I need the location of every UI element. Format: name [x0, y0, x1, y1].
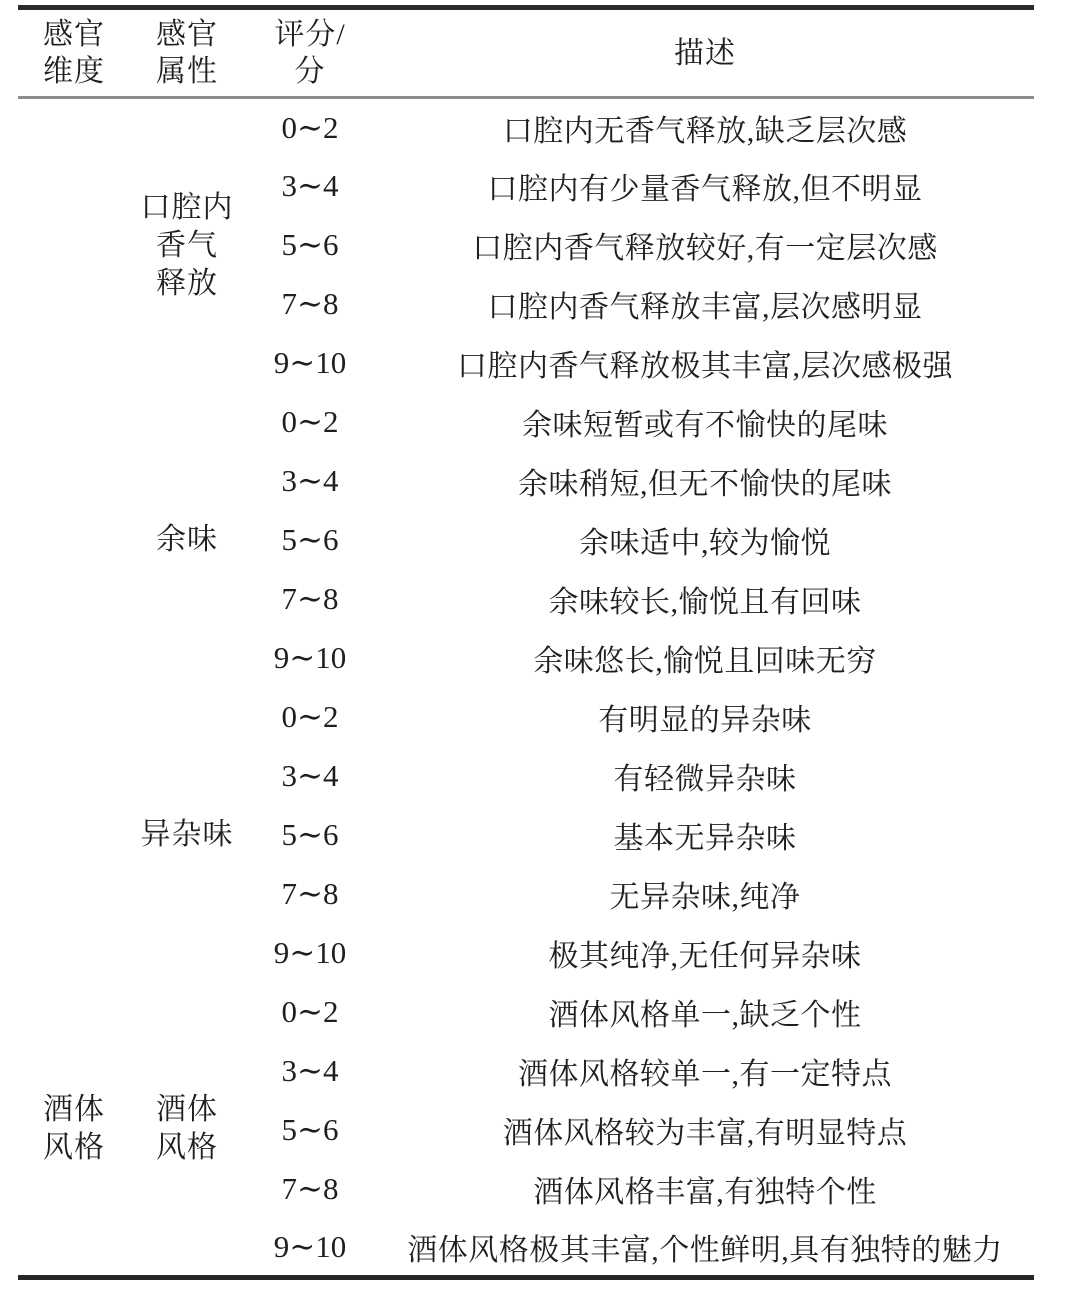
score-cell: 7∼8: [244, 570, 376, 629]
column-header-score: 评分/ 分: [244, 8, 376, 98]
score-cell: 9∼10: [244, 1219, 376, 1278]
column-header-attribute: 感官 属性: [130, 8, 244, 98]
table-row: 酒体 风格 酒体 风格 0∼2 酒体风格单一,缺乏个性: [18, 983, 1034, 1042]
score-cell: 0∼2: [244, 98, 376, 157]
description-cell: 基本无异杂味: [376, 806, 1034, 865]
dimension-cell-upper: [18, 98, 130, 983]
score-cell: 9∼10: [244, 924, 376, 983]
description-cell: 有轻微异杂味: [376, 747, 1034, 806]
score-cell: 0∼2: [244, 393, 376, 452]
dimension-cell-lower: 酒体 风格: [18, 983, 130, 1278]
score-cell: 0∼2: [244, 688, 376, 747]
description-cell: 无异杂味,纯净: [376, 865, 1034, 924]
score-cell: 5∼6: [244, 216, 376, 275]
table-header-row: 感官 维度 感官 属性 评分/ 分 描述: [18, 8, 1034, 98]
score-cell: 9∼10: [244, 629, 376, 688]
description-cell: 口腔内香气释放丰富,层次感明显: [376, 275, 1034, 334]
score-cell: 5∼6: [244, 511, 376, 570]
document-page: 感官 维度 感官 属性 评分/ 分 描述 口腔内 香气 释放 0∼2 口腔内无香…: [0, 0, 1070, 1294]
score-cell: 3∼4: [244, 747, 376, 806]
table-row: 口腔内 香气 释放 0∼2 口腔内无香气释放,缺乏层次感: [18, 98, 1034, 157]
score-cell: 7∼8: [244, 865, 376, 924]
description-cell: 余味稍短,但无不愉快的尾味: [376, 452, 1034, 511]
score-cell: 0∼2: [244, 983, 376, 1042]
description-cell: 口腔内香气释放极其丰富,层次感极强: [376, 334, 1034, 393]
attribute-cell: 口腔内 香气 释放: [130, 98, 244, 393]
score-cell: 9∼10: [244, 334, 376, 393]
score-cell: 3∼4: [244, 452, 376, 511]
description-cell: 余味适中,较为愉悦: [376, 511, 1034, 570]
score-cell: 3∼4: [244, 157, 376, 216]
attribute-cell: 酒体 风格: [130, 983, 244, 1278]
attribute-cell: 异杂味: [130, 688, 244, 983]
description-cell: 余味较长,愉悦且有回味: [376, 570, 1034, 629]
table-row: 余味 0∼2 余味短暂或有不愉快的尾味: [18, 393, 1034, 452]
score-cell: 5∼6: [244, 806, 376, 865]
sensory-rating-table: 感官 维度 感官 属性 评分/ 分 描述 口腔内 香气 释放 0∼2 口腔内无香…: [18, 5, 1034, 1280]
column-header-description: 描述: [376, 8, 1034, 98]
description-cell: 酒体风格单一,缺乏个性: [376, 983, 1034, 1042]
table-row: 异杂味 0∼2 有明显的异杂味: [18, 688, 1034, 747]
attribute-cell: 余味: [130, 393, 244, 688]
score-cell: 5∼6: [244, 1101, 376, 1160]
description-cell: 口腔内有少量香气释放,但不明显: [376, 157, 1034, 216]
description-cell: 极其纯净,无任何异杂味: [376, 924, 1034, 983]
description-cell: 有明显的异杂味: [376, 688, 1034, 747]
description-cell: 酒体风格极其丰富,个性鲜明,具有独特的魅力: [376, 1219, 1034, 1278]
column-header-dimension: 感官 维度: [18, 8, 130, 98]
description-cell: 酒体风格较为丰富,有明显特点: [376, 1101, 1034, 1160]
score-cell: 7∼8: [244, 275, 376, 334]
score-cell: 3∼4: [244, 1042, 376, 1101]
score-cell: 7∼8: [244, 1160, 376, 1219]
description-cell: 口腔内无香气释放,缺乏层次感: [376, 98, 1034, 157]
description-cell: 酒体风格较单一,有一定特点: [376, 1042, 1034, 1101]
description-cell: 余味悠长,愉悦且回味无穷: [376, 629, 1034, 688]
description-cell: 余味短暂或有不愉快的尾味: [376, 393, 1034, 452]
description-cell: 口腔内香气释放较好,有一定层次感: [376, 216, 1034, 275]
description-cell: 酒体风格丰富,有独特个性: [376, 1160, 1034, 1219]
